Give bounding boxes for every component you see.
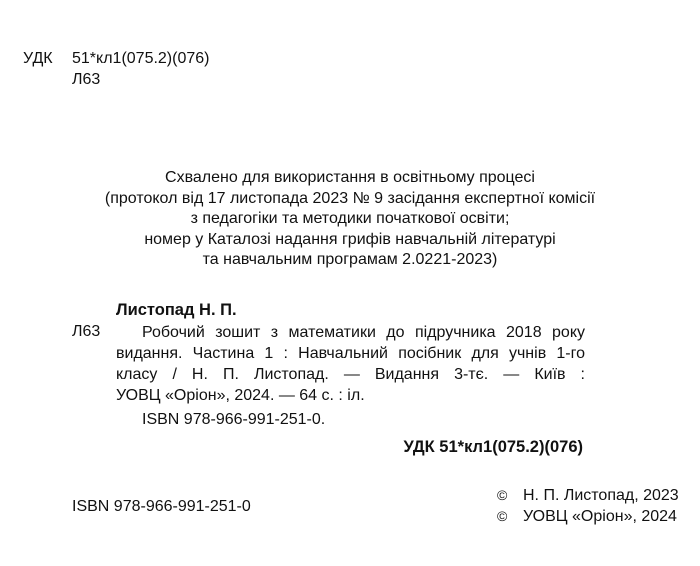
bibliography-line: класу / Н. П. Листопад. — Видання 3-тє. … (116, 364, 585, 385)
approval-line: та навчальним програмам 2.0221-2023) (40, 250, 660, 271)
bibliography-isbn: ISBN 978-966-991-251-0. (142, 410, 325, 430)
copyright-text: УОВЦ «Оріон», 2024 (523, 508, 677, 525)
bibliography-line: Робочий зошит з математики до підручника… (116, 322, 585, 343)
copyright-publisher: ©УОВЦ «Оріон», 2024 (497, 506, 677, 527)
copyright-icon: © (497, 485, 523, 505)
approval-line: номер у Каталозі надання грифів навчальн… (40, 230, 660, 251)
approval-line: Схвалено для використання в освітньому п… (40, 168, 660, 189)
author-index: Л63 (72, 70, 100, 90)
bibliography-line: видання. Частина 1 : Навчальний посібник… (116, 343, 585, 364)
author-name: Листопад Н. П. (116, 301, 237, 320)
approval-line: з педагогіки та методики початкової осві… (40, 209, 660, 230)
copyright-icon: © (497, 506, 523, 526)
udk-label: УДК (23, 49, 53, 69)
bibliography-index: Л63 (72, 322, 100, 342)
isbn: ISBN 978-966-991-251-0 (72, 497, 251, 517)
bibliography-line: УОВЦ «Оріон», 2024. — 64 с. : іл. (116, 385, 585, 406)
bibliographic-description: Робочий зошит з математики до підручника… (116, 322, 585, 406)
udk-code: 51*кл1(075.2)(076) (72, 49, 209, 69)
copyright-text: Н. П. Листопад, 2023 (523, 487, 679, 504)
approval-line: (протокол від 17 листопада 2023 № 9 засі… (40, 189, 660, 210)
bibliography-udk: УДК 51*кл1(075.2)(076) (403, 438, 583, 457)
copyright-author: ©Н. П. Листопад, 2023 (497, 485, 679, 506)
approval-notice: Схвалено для використання в освітньому п… (40, 168, 660, 271)
